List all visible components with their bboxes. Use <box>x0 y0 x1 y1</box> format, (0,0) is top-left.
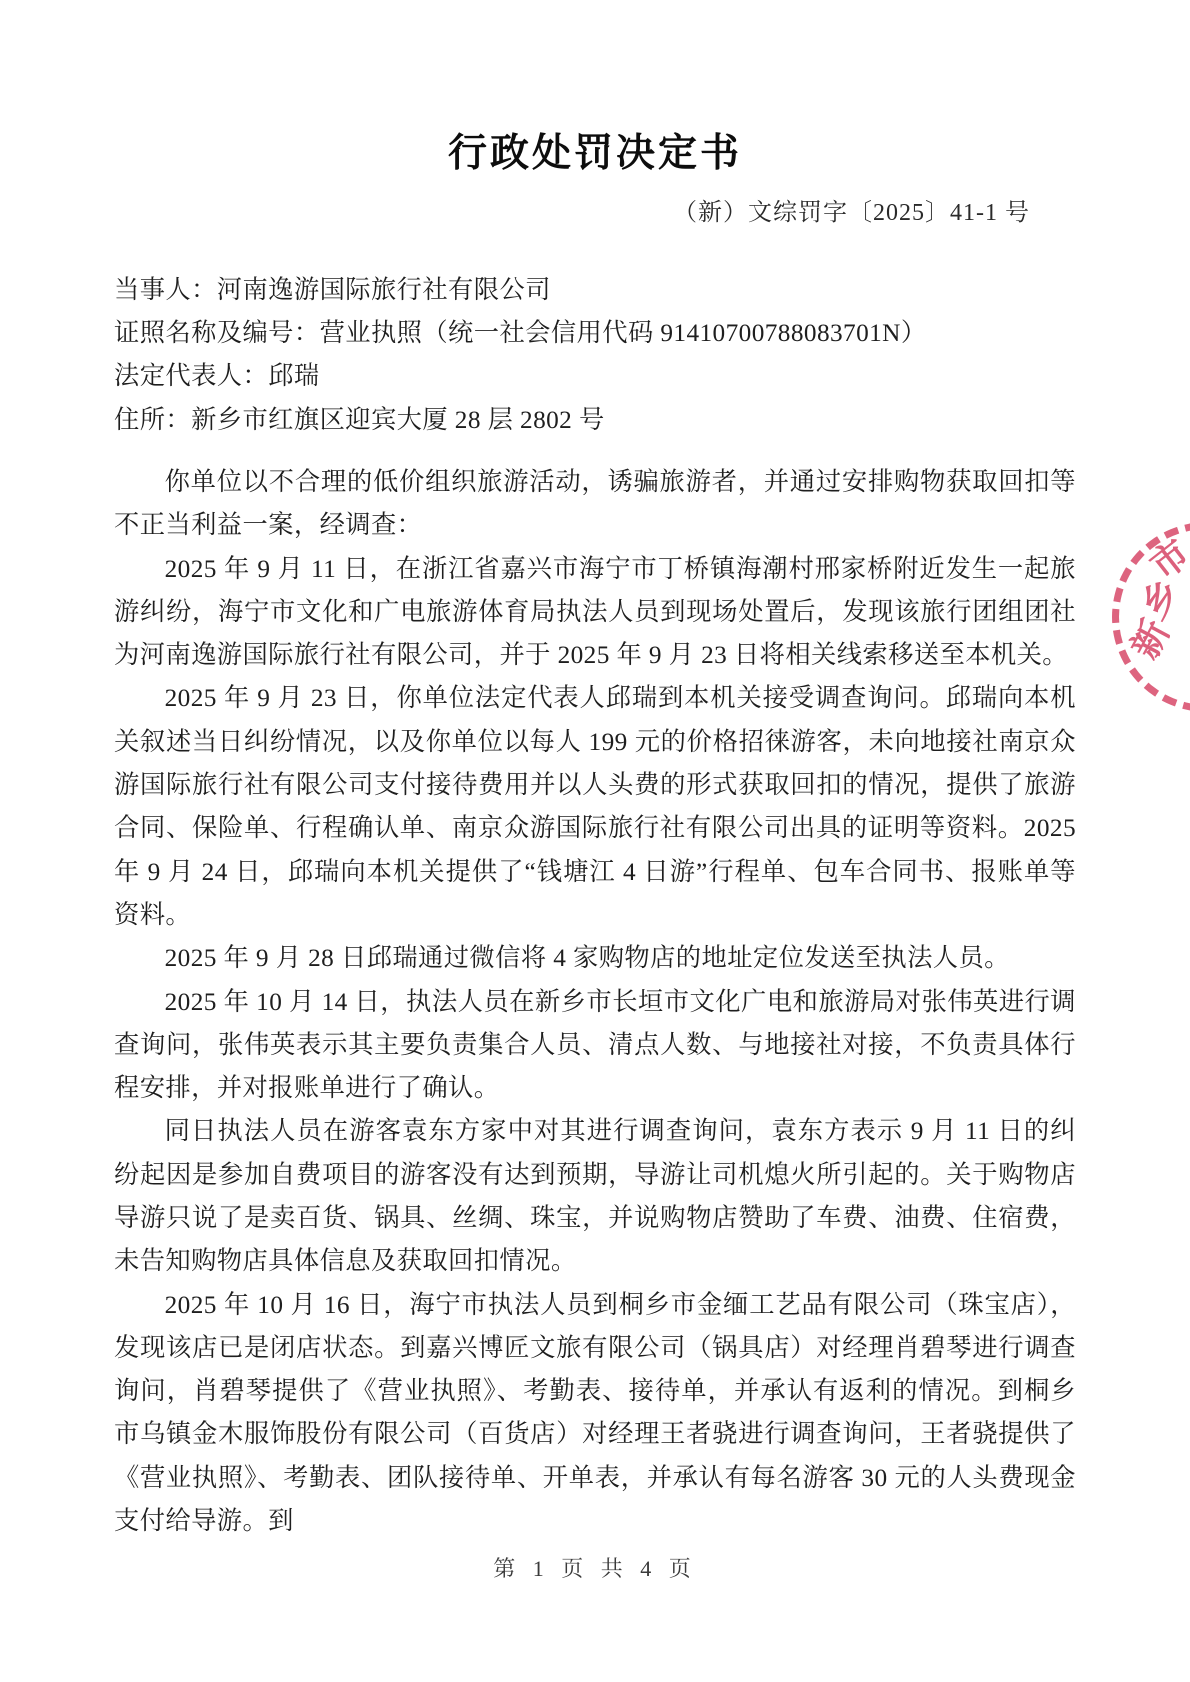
party-info-block: 当事人：河南逸游国际旅行社有限公司 证照名称及编号：营业执照（统一社会信用代码 … <box>114 269 1076 442</box>
page-number-footer: 第 1 页 共 4 页 <box>0 1552 1190 1583</box>
paragraph-wechat-locations: 2025 年 9 月 28 日邱瑞通过微信将 4 家购物店的地址定位发送至执法人… <box>114 937 1076 980</box>
paragraph-incident-origin: 2025 年 9 月 11 日，在浙江省嘉兴市海宁市丁桥镇海潮村邢家桥附近发生一… <box>114 548 1076 678</box>
paragraph-inquiry-zhangweiying: 2025 年 10 月 14 日，执法人员在新乡市长垣市文化广电和旅游局对张伟英… <box>114 981 1076 1111</box>
license-info-line: 证照名称及编号：营业执照（统一社会信用代码 91410700788083701N… <box>114 312 1076 355</box>
document-number: （新）文综罚字〔2025〕41-1 号 <box>114 192 1076 227</box>
paragraph-shop-investigations: 2025 年 10 月 16 日，海宁市执法人员到桐乡市金缅工艺品有限公司（珠宝… <box>114 1284 1076 1544</box>
scanned-document-page: 行政处罚决定书 （新）文综罚字〔2025〕41-1 号 当事人：河南逸游国际旅行… <box>0 0 1190 1682</box>
document-title: 行政处罚决定书 <box>114 130 1076 179</box>
legal-representative-line: 法定代表人：邱瑞 <box>114 355 1076 398</box>
paragraph-inquiry-qiurui: 2025 年 9 月 23 日，你单位法定代表人邱瑞到本机关接受调查询问。邱瑞向… <box>114 677 1076 937</box>
paragraph-case-summary: 你单位以不合理的低价组织旅游活动，诱骗旅游者，并通过安排购物获取回扣等不正当利益… <box>114 461 1076 548</box>
decision-text-block: 你单位以不合理的低价组织旅游活动，诱骗旅游者，并通过安排购物获取回扣等不正当利益… <box>114 461 1076 1543</box>
document-body-column: 行政处罚决定书 （新）文综罚字〔2025〕41-1 号 当事人：河南逸游国际旅行… <box>114 0 1076 1543</box>
paragraph-inquiry-yuandongfang: 同日执法人员在游客袁东方家中对其进行调查询问，袁东方表示 9 月 11 日的纠纷… <box>114 1110 1076 1283</box>
address-line: 住所：新乡市红旗区迎宾大厦 28 层 2802 号 <box>114 399 1076 442</box>
party-name-line: 当事人：河南逸游国际旅行社有限公司 <box>114 269 1076 312</box>
